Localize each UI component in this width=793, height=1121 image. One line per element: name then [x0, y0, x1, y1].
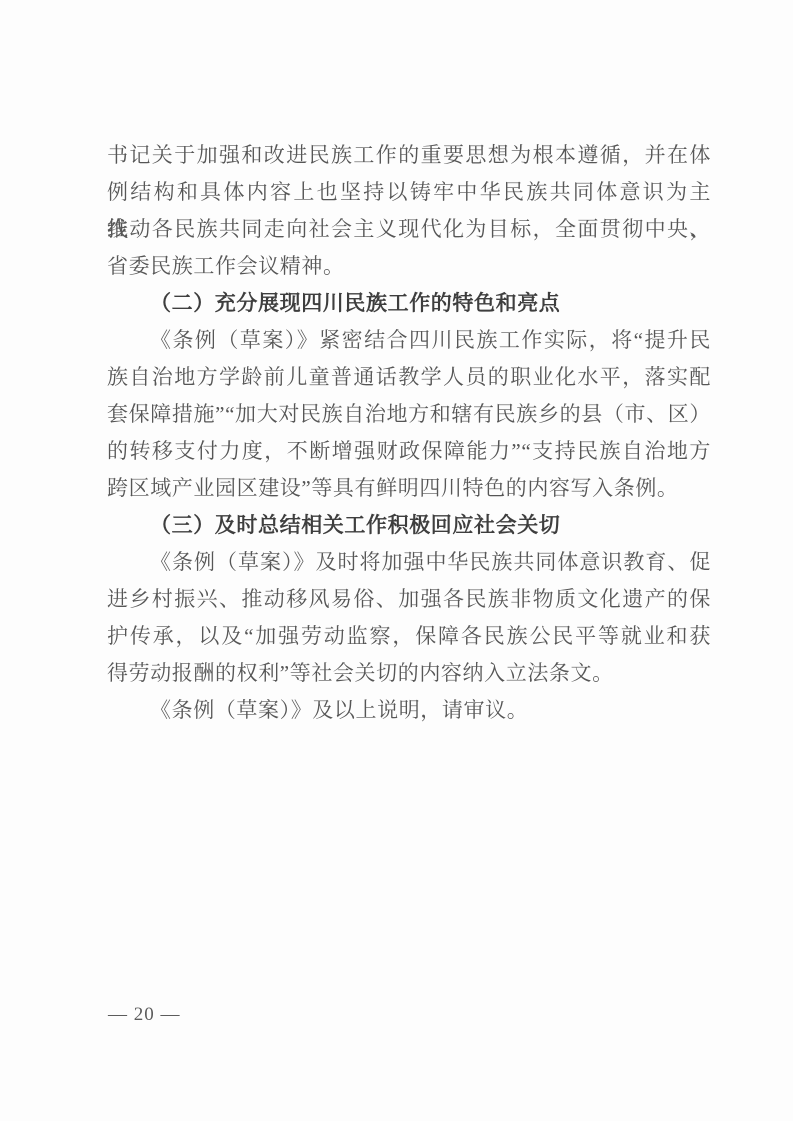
text-line: 族自治地方学龄前儿童普通话教学人员的职业化水平，落实配 [107, 359, 711, 396]
text-line: 套保障措施”“加大对民族自治地方和辖有民族乡的县（市、区） [107, 396, 711, 433]
document-body: 书记关于加强和改进民族工作的重要思想为根本遵循，并在体例结构和具体内容上也坚持以… [107, 137, 711, 729]
text-line: 书记关于加强和改进民族工作的重要思想为根本遵循，并在体 [107, 137, 711, 174]
text-line: 推动各民族共同走向社会主义现代化为目标，全面贯彻中央、 [107, 211, 711, 248]
text-line: 的转移支付力度，不断增强财政保障能力”“支持民族自治地方 [107, 433, 711, 470]
section-heading: （二）充分展现四川民族工作的特色和亮点 [107, 285, 711, 322]
text-line: 《条例（草案）》及以上说明，请审议。 [107, 692, 711, 729]
page-number: — 20 — [108, 1004, 181, 1025]
text-line: 省委民族工作会议精神。 [107, 248, 711, 285]
text-line: 《条例（草案）》紧密结合四川民族工作实际，将“提升民 [107, 322, 711, 359]
section-heading: （三）及时总结相关工作积极回应社会关切 [107, 507, 711, 544]
text-line: 得劳动报酬的权利”等社会关切的内容纳入立法条文。 [107, 655, 711, 692]
text-line: 进乡村振兴、推动移风易俗、加强各民族非物质文化遗产的保 [107, 581, 711, 618]
text-line: 护传承，以及“加强劳动监察，保障各民族公民平等就业和获 [107, 618, 711, 655]
document-page: 书记关于加强和改进民族工作的重要思想为根本遵循，并在体例结构和具体内容上也坚持以… [0, 0, 793, 1121]
text-line: 例结构和具体内容上也坚持以铸牢中华民族共同体意识为主线， [107, 174, 711, 211]
text-line: 《条例（草案）》及时将加强中华民族共同体意识教育、促 [107, 544, 711, 581]
page-footer: — 20 — [108, 1001, 181, 1029]
text-line: 跨区域产业园区建设”等具有鲜明四川特色的内容写入条例。 [107, 470, 711, 507]
